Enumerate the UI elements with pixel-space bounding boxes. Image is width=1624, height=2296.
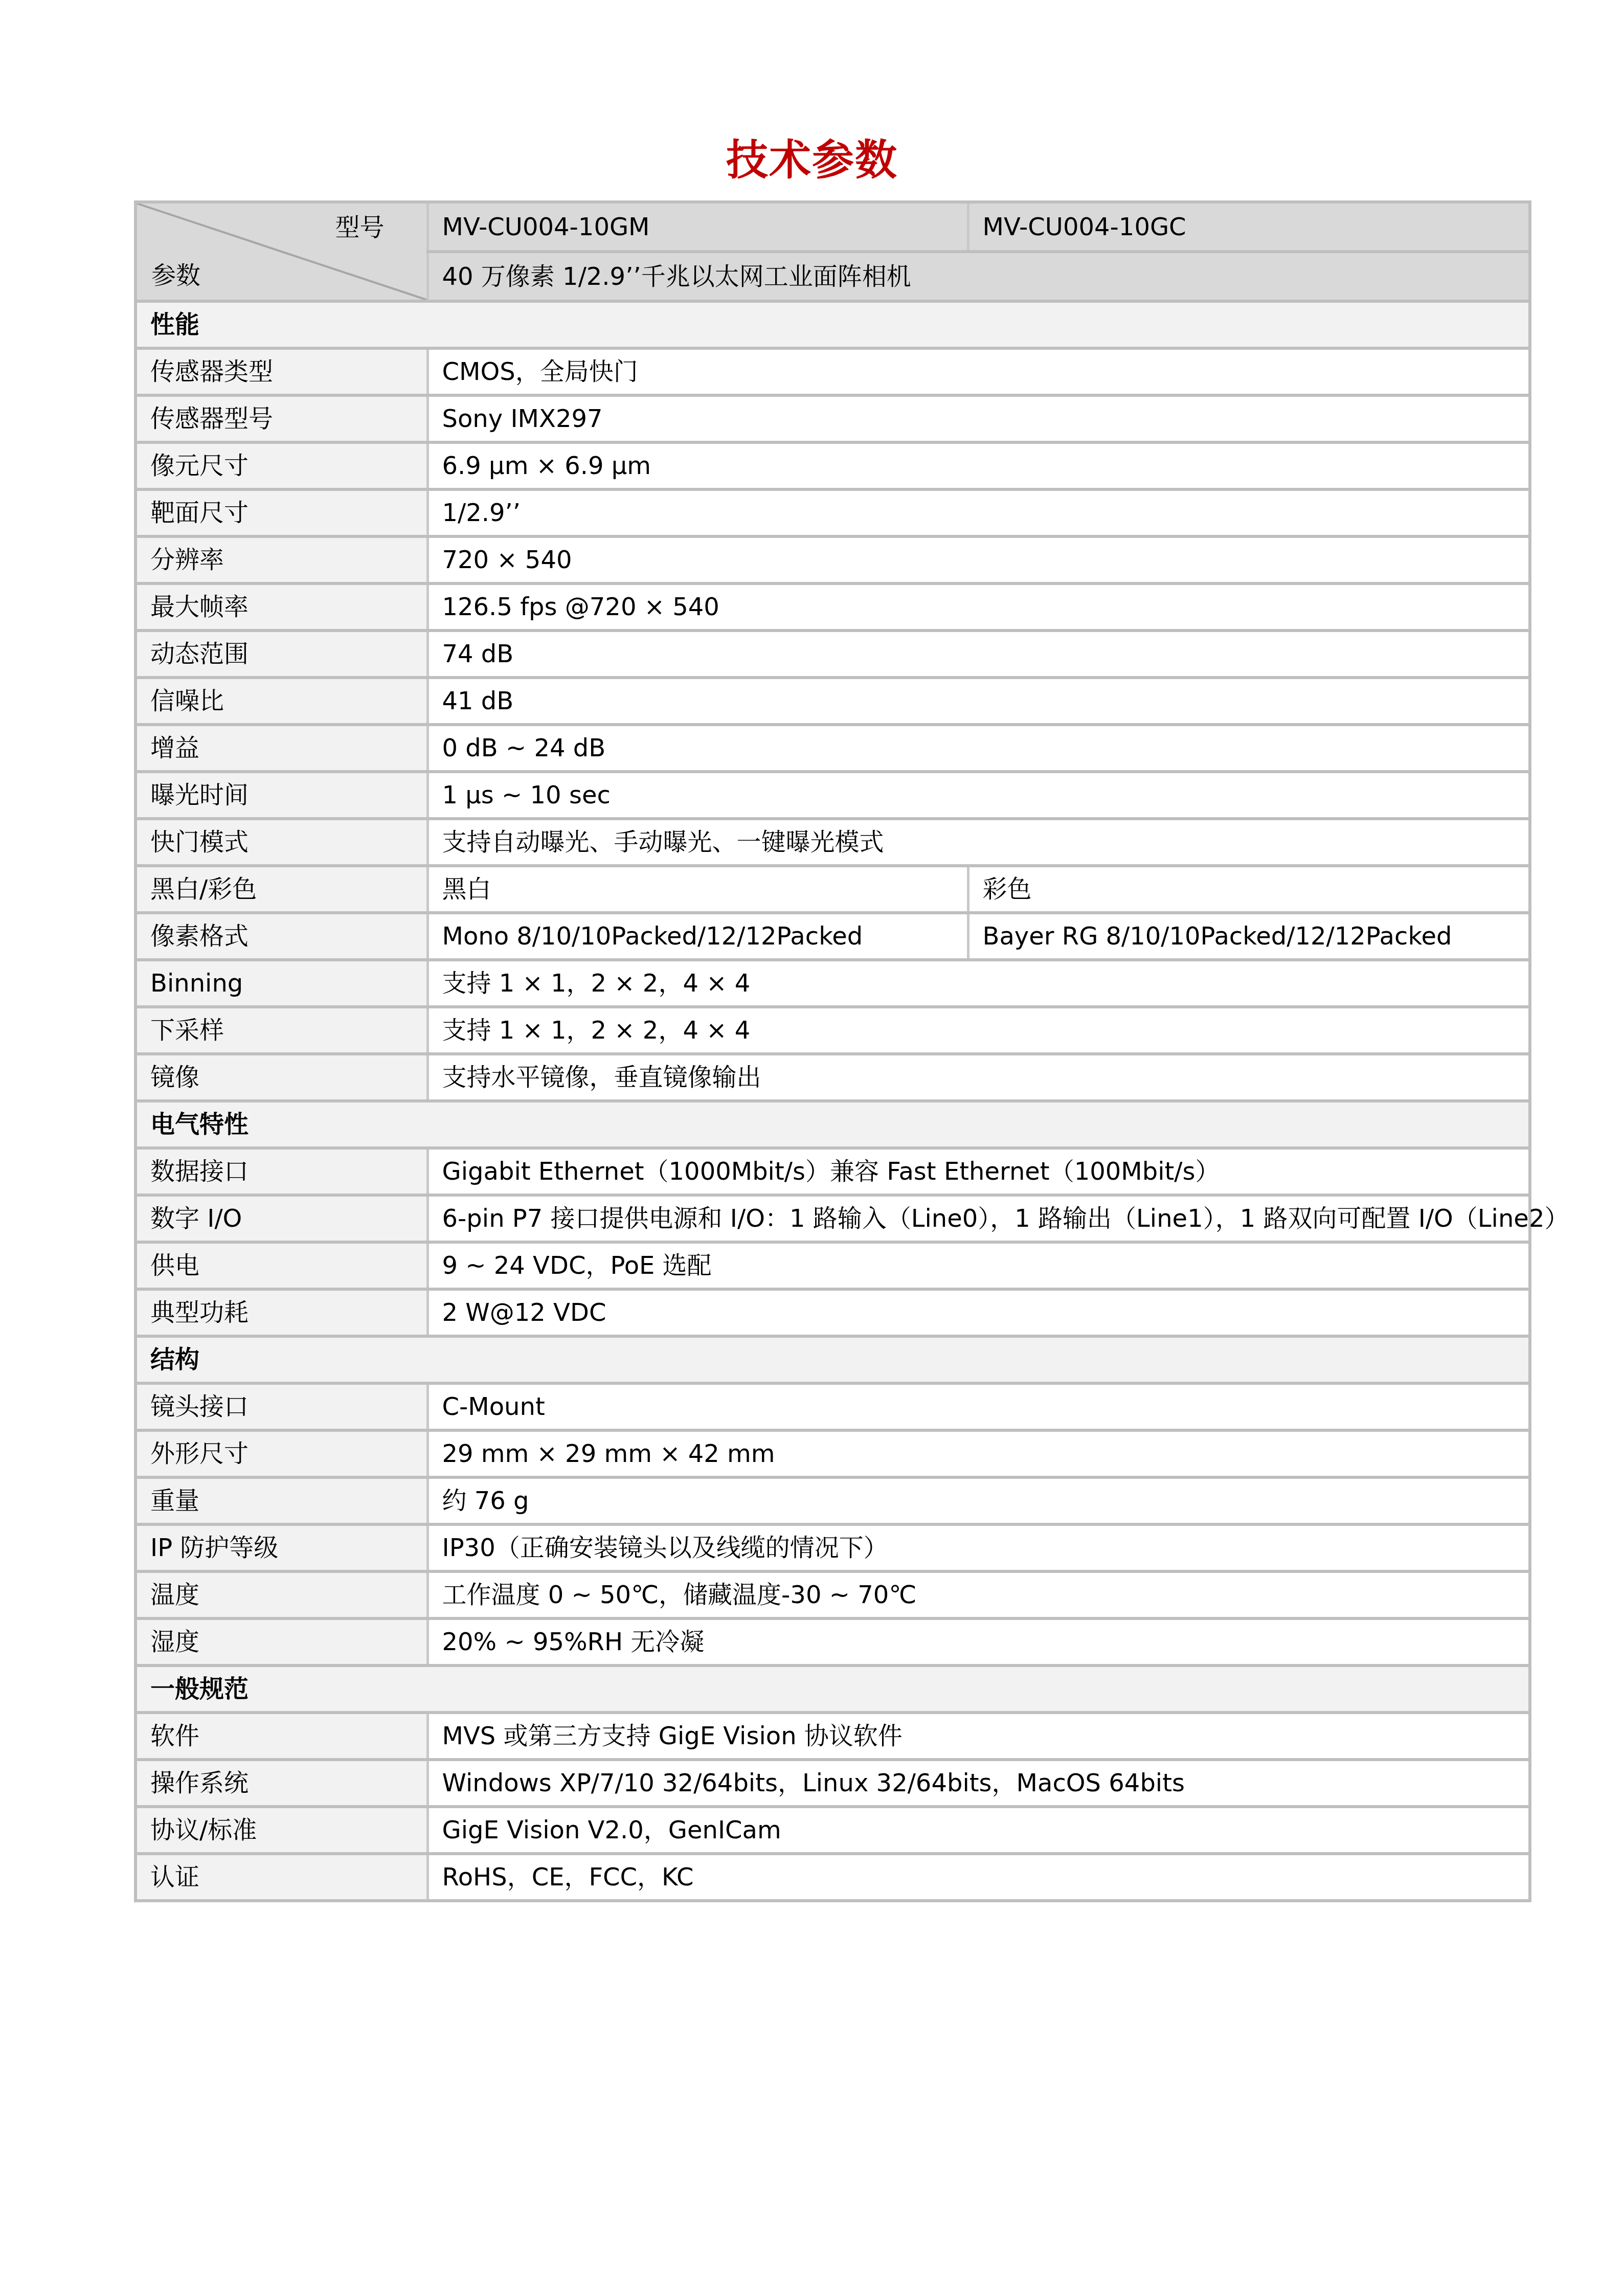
table-row: 像素格式Mono 8/10/10Packed/12/12PackedBayer … [136, 913, 1530, 960]
table-row: 快门模式支持自动曝光、手动曝光、一键曝光模式 [136, 819, 1530, 866]
row-value: Sony IMX297 [427, 395, 1530, 442]
table-row: 数据接口Gigabit Ethernet（1000Mbit/s）兼容 Fast … [136, 1148, 1530, 1195]
row-label: 外形尺寸 [136, 1430, 427, 1477]
row-value: 74 dB [427, 631, 1530, 678]
table-row: 典型功耗2 W@12 VDC [136, 1289, 1530, 1336]
table-row: 传感器类型CMOS，全局快门 [136, 348, 1530, 395]
row-label: 下采样 [136, 1007, 427, 1054]
section-row: 结构 [136, 1336, 1530, 1383]
row-value: 1/2.9’’ [427, 489, 1530, 536]
row-label: 供电 [136, 1242, 427, 1289]
row-value: 20% ~ 95%RH 无冷凝 [427, 1618, 1530, 1665]
row-value-gm: Mono 8/10/10Packed/12/12Packed [427, 913, 968, 960]
row-label: 传感器类型 [136, 348, 427, 395]
model-gc: MV-CU004-10GC [968, 202, 1530, 252]
row-label: 信噪比 [136, 678, 427, 725]
row-label: 数据接口 [136, 1148, 427, 1195]
table-row: 外形尺寸29 mm × 29 mm × 42 mm [136, 1430, 1530, 1477]
table-row: 曝光时间1 µs ~ 10 sec [136, 772, 1530, 819]
row-label: 镜头接口 [136, 1383, 427, 1430]
section-title: 电气特性 [136, 1101, 1530, 1148]
section-title: 结构 [136, 1336, 1530, 1383]
row-value: 6.9 µm × 6.9 µm [427, 442, 1530, 489]
row-label: 数字 I/O [136, 1195, 427, 1242]
table-row: 镜头接口C-Mount [136, 1383, 1530, 1430]
row-value: MVS 或第三方支持 GigE Vision 协议软件 [427, 1713, 1530, 1760]
table-row: 供电9 ~ 24 VDC，PoE 选配 [136, 1242, 1530, 1289]
corner-header-cell: 型号 参数 [136, 202, 427, 301]
row-value: 支持自动曝光、手动曝光、一键曝光模式 [427, 819, 1530, 866]
table-row: 软件MVS 或第三方支持 GigE Vision 协议软件 [136, 1713, 1530, 1760]
table-row: 认证RoHS，CE，FCC，KC [136, 1854, 1530, 1901]
row-value: 0 dB ~ 24 dB [427, 725, 1530, 772]
table-row: 动态范围74 dB [136, 631, 1530, 678]
row-label: 黑白/彩色 [136, 866, 427, 913]
row-label: 软件 [136, 1713, 427, 1760]
row-label: 最大帧率 [136, 583, 427, 631]
table-row: 像元尺寸6.9 µm × 6.9 µm [136, 442, 1530, 489]
row-value: 支持 1 × 1，2 × 2，4 × 4 [427, 960, 1530, 1007]
row-label: 增益 [136, 725, 427, 772]
row-label: Binning [136, 960, 427, 1007]
model-description: 40 万像素 1/2.9’’千兆以太网工业面阵相机 [427, 252, 1530, 301]
model-gm: MV-CU004-10GM [427, 202, 968, 252]
row-label: 温度 [136, 1571, 427, 1618]
section-row: 一般规范 [136, 1665, 1530, 1713]
row-label: IP 防护等级 [136, 1524, 427, 1571]
row-value: CMOS，全局快门 [427, 348, 1530, 395]
row-value: GigE Vision V2.0，GenICam [427, 1807, 1530, 1854]
row-value: 1 µs ~ 10 sec [427, 772, 1530, 819]
section-row: 电气特性 [136, 1101, 1530, 1148]
row-value: Gigabit Ethernet（1000Mbit/s）兼容 Fast Ethe… [427, 1148, 1530, 1195]
row-value: 720 × 540 [427, 536, 1530, 583]
row-label: 快门模式 [136, 819, 427, 866]
row-label: 协议/标准 [136, 1807, 427, 1854]
row-value: 支持 1 × 1，2 × 2，4 × 4 [427, 1007, 1530, 1054]
row-value: IP30（正确安装镜头以及线缆的情况下） [427, 1524, 1530, 1571]
row-value: RoHS，CE，FCC，KC [427, 1854, 1530, 1901]
row-label: 镜像 [136, 1054, 427, 1101]
header-row-models: 型号 参数 MV-CU004-10GM MV-CU004-10GC [136, 202, 1530, 252]
table-row: 数字 I/O6-pin P7 接口提供电源和 I/O：1 路输入（Line0），… [136, 1195, 1530, 1242]
table-row: 协议/标准GigE Vision V2.0，GenICam [136, 1807, 1530, 1854]
row-label: 分辨率 [136, 536, 427, 583]
table-row: 下采样支持 1 × 1，2 × 2，4 × 4 [136, 1007, 1530, 1054]
page-title: 技术参数 [0, 127, 1624, 187]
table-row: 湿度20% ~ 95%RH 无冷凝 [136, 1618, 1530, 1665]
corner-label-param: 参数 [151, 259, 200, 292]
section-title: 性能 [136, 301, 1530, 348]
row-value: 9 ~ 24 VDC，PoE 选配 [427, 1242, 1530, 1289]
row-label: 传感器型号 [136, 395, 427, 442]
row-label: 湿度 [136, 1618, 427, 1665]
table-row: 黑白/彩色黑白彩色 [136, 866, 1530, 913]
row-label: 靶面尺寸 [136, 489, 427, 536]
row-label: 重量 [136, 1477, 427, 1524]
table-row: 操作系统Windows XP/7/10 32/64bits，Linux 32/6… [136, 1760, 1530, 1807]
table-row: 传感器型号Sony IMX297 [136, 395, 1530, 442]
row-value: 29 mm × 29 mm × 42 mm [427, 1430, 1530, 1477]
row-value: 支持水平镜像，垂直镜像输出 [427, 1054, 1530, 1101]
row-value: C-Mount [427, 1383, 1530, 1430]
table-row: 镜像支持水平镜像，垂直镜像输出 [136, 1054, 1530, 1101]
row-value: 约 76 g [427, 1477, 1530, 1524]
section-row: 性能 [136, 301, 1530, 348]
row-value-gm: 黑白 [427, 866, 968, 913]
row-value: 41 dB [427, 678, 1530, 725]
spec-table: 型号 参数 MV-CU004-10GM MV-CU004-10GC 40 万像素… [134, 200, 1531, 1902]
row-value-gc: 彩色 [968, 866, 1530, 913]
row-label: 认证 [136, 1854, 427, 1901]
row-value: 126.5 fps @720 × 540 [427, 583, 1530, 631]
table-row: 重量约 76 g [136, 1477, 1530, 1524]
row-label: 典型功耗 [136, 1289, 427, 1336]
section-title: 一般规范 [136, 1665, 1530, 1713]
table-row: 分辨率720 × 540 [136, 536, 1530, 583]
table-row: 靶面尺寸1/2.9’’ [136, 489, 1530, 536]
row-label: 像元尺寸 [136, 442, 427, 489]
row-value: 2 W@12 VDC [427, 1289, 1530, 1336]
table-row: 最大帧率126.5 fps @720 × 540 [136, 583, 1530, 631]
table-row: 增益0 dB ~ 24 dB [136, 725, 1530, 772]
row-value: Windows XP/7/10 32/64bits，Linux 32/64bit… [427, 1760, 1530, 1807]
row-label: 像素格式 [136, 913, 427, 960]
table-row: IP 防护等级IP30（正确安装镜头以及线缆的情况下） [136, 1524, 1530, 1571]
row-label: 曝光时间 [136, 772, 427, 819]
row-label: 操作系统 [136, 1760, 427, 1807]
table-row: 温度工作温度 0 ~ 50℃，储藏温度-30 ~ 70℃ [136, 1571, 1530, 1618]
table-row: 信噪比41 dB [136, 678, 1530, 725]
row-value: 工作温度 0 ~ 50℃，储藏温度-30 ~ 70℃ [427, 1571, 1530, 1618]
row-label: 动态范围 [136, 631, 427, 678]
table-row: Binning支持 1 × 1，2 × 2，4 × 4 [136, 960, 1530, 1007]
row-value-gc: Bayer RG 8/10/10Packed/12/12Packed [968, 913, 1530, 960]
corner-label-model: 型号 [335, 211, 384, 244]
row-value: 6-pin P7 接口提供电源和 I/O：1 路输入（Line0），1 路输出（… [427, 1195, 1530, 1242]
